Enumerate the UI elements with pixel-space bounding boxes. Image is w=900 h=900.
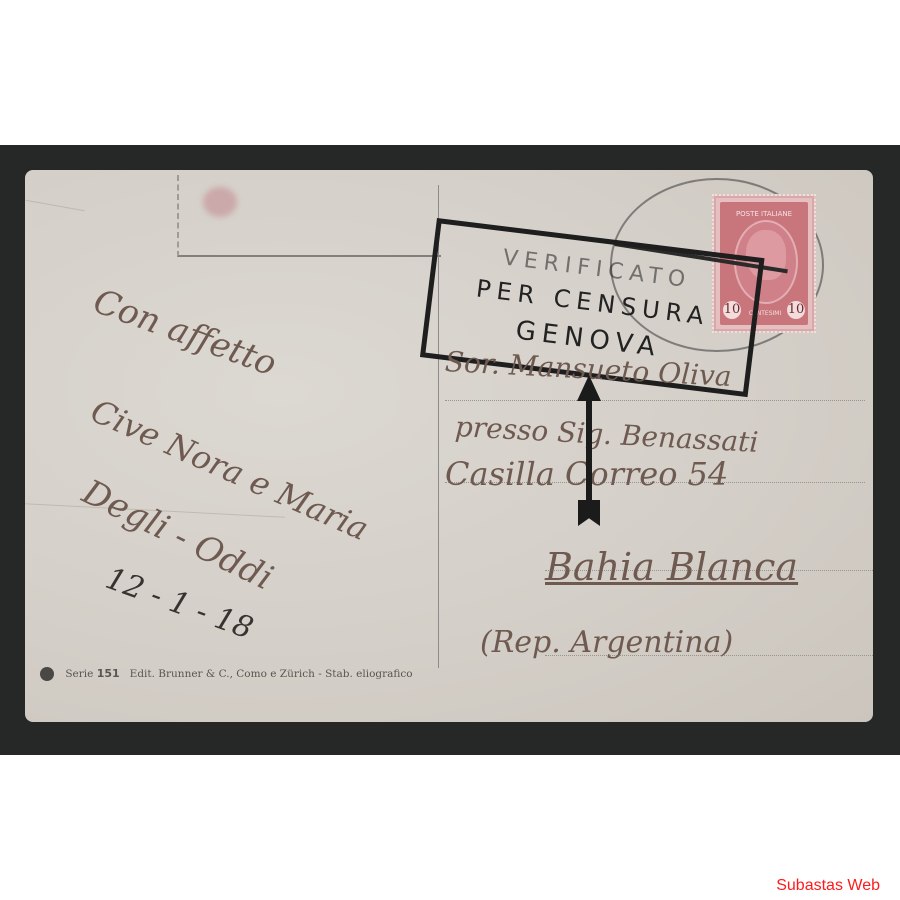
faint-postmark-box bbox=[177, 175, 441, 257]
publisher-logo-icon bbox=[40, 667, 54, 681]
message-line: Con affetto bbox=[88, 281, 282, 384]
address-line bbox=[445, 400, 865, 401]
address-line: presso Sig. Benassati bbox=[454, 410, 759, 459]
address-city: Bahia Blanca bbox=[545, 545, 798, 589]
crease bbox=[25, 200, 84, 211]
series-number: 151 bbox=[97, 667, 120, 680]
address-country: (Rep. Argentina) bbox=[480, 625, 733, 660]
publisher-imprint: Serie 151 Edit. Brunner & C., Como e Zür… bbox=[40, 667, 413, 681]
watermark: Subastas Web bbox=[776, 877, 880, 895]
arrow-fletching-icon bbox=[578, 500, 600, 526]
stamp-value: 10 bbox=[787, 301, 805, 319]
series-label: Serie bbox=[65, 668, 93, 680]
postcard: Con affetto Cive Nora e Maria Degli - Od… bbox=[25, 170, 873, 722]
publisher-text: Edit. Brunner & C., Como e Zürich - Stab… bbox=[130, 668, 413, 680]
arrow-shaft bbox=[586, 395, 592, 513]
stamp-country: POSTE ITALIANE bbox=[720, 210, 808, 218]
